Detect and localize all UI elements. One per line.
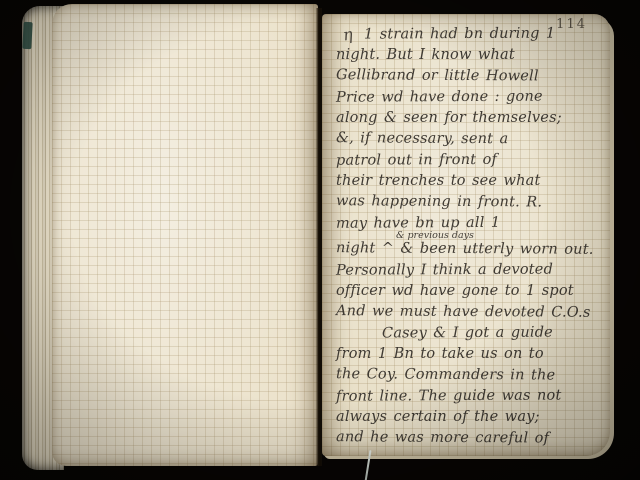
photo-black-background: 114 η 1 strain had bn during 1 night. Bu… <box>0 0 640 480</box>
diary-text-block: 1 strain had bn during 1 night. But I kn… <box>336 24 604 449</box>
diary-line: patrol out in front of <box>336 149 604 171</box>
diary-line: was happening in front. R. <box>336 191 604 214</box>
diary-line: front line. The guide was not <box>336 385 604 407</box>
diary-line: always certain of the way; <box>336 407 604 428</box>
diary-line: 1 strain had bn during 1 <box>336 23 604 45</box>
diary-line: Gellibrand or little Howell <box>336 65 604 88</box>
page-edge-green-mark <box>22 22 32 49</box>
diary-line: the Coy. Commanders in the <box>336 364 604 387</box>
diary-line: officer wd have gone to 1 spot <box>336 281 604 302</box>
diary-line: from 1 Bn to take us on to <box>336 344 604 365</box>
diary-line: And we must have devoted C.O.s <box>336 301 604 324</box>
diary-line: night. But I know what <box>336 45 604 66</box>
diary-line: and he was more careful of <box>336 427 604 450</box>
diary-line: along & seen for themselves; <box>336 108 604 129</box>
diary-line: &, if necessary, sent a <box>336 128 604 151</box>
diary-line: Price wd have done : gone <box>336 86 604 108</box>
diary-line: their trenches to see what <box>336 171 604 192</box>
left-page-blank-grid <box>52 4 318 466</box>
diary-line: may have bn up all 1 <box>336 212 604 234</box>
diary-line: Casey & I got a guide <box>336 322 604 344</box>
diary-line: Personally I think a devoted <box>336 259 604 281</box>
diary-line: night ^ & been utterly worn out. <box>336 238 604 261</box>
right-page-diary: 114 η 1 strain had bn during 1 night. Bu… <box>322 14 610 456</box>
